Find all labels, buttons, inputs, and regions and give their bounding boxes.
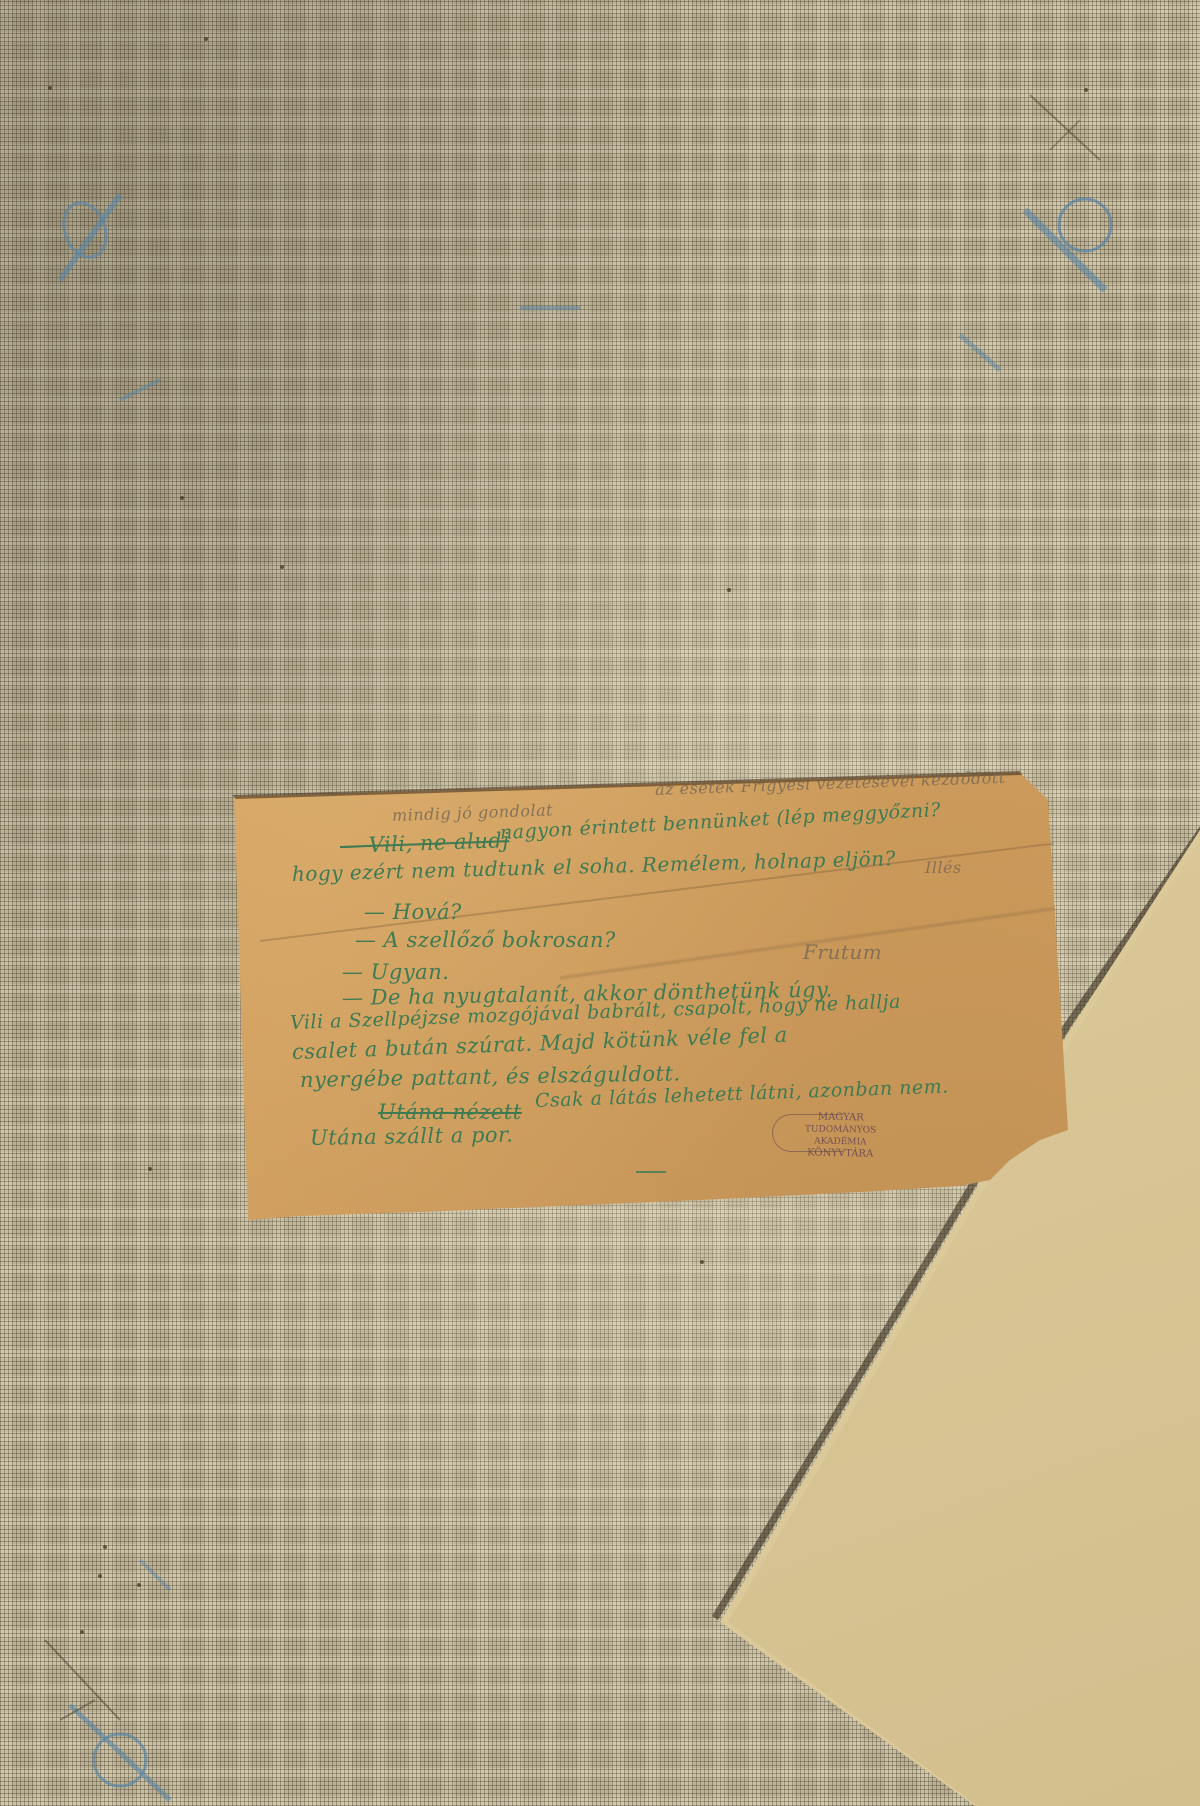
dust-speck xyxy=(1084,88,1088,92)
dust-speck xyxy=(204,37,208,41)
dust-speck xyxy=(137,1583,141,1587)
dust-speck xyxy=(98,1574,102,1578)
stamp-line-2: TUDOMÁNYOS AKADÉMIA xyxy=(778,1123,903,1149)
library-stamp: MAGYAR TUDOMÁNYOS AKADÉMIA KÖNYVTÁRA xyxy=(778,1111,904,1161)
manuscript-line: — Ugyan. xyxy=(342,960,449,984)
manuscript-line: Utána szállt a por. xyxy=(310,1122,514,1150)
ink-dash xyxy=(636,1171,666,1173)
dust-speck xyxy=(280,565,284,569)
dust-speck xyxy=(103,1545,107,1549)
dust-speck xyxy=(48,86,52,90)
manuscript-line: — A szellőző bokrosan? xyxy=(355,928,616,952)
dust-speck xyxy=(80,1630,84,1634)
manuscript-line: — Hová? xyxy=(364,900,462,924)
pencil-annotation-margin: Illés xyxy=(925,858,962,877)
dust-speck xyxy=(700,1260,704,1264)
pencil-annotation-middle: Frutum xyxy=(803,940,882,964)
dust-speck xyxy=(180,496,184,500)
dust-speck xyxy=(727,588,731,592)
stamp-line-3: KÖNYVTÁRA xyxy=(778,1147,903,1161)
manuscript-line-struck: Utána nézett xyxy=(378,1100,522,1124)
dust-speck xyxy=(148,1167,152,1171)
